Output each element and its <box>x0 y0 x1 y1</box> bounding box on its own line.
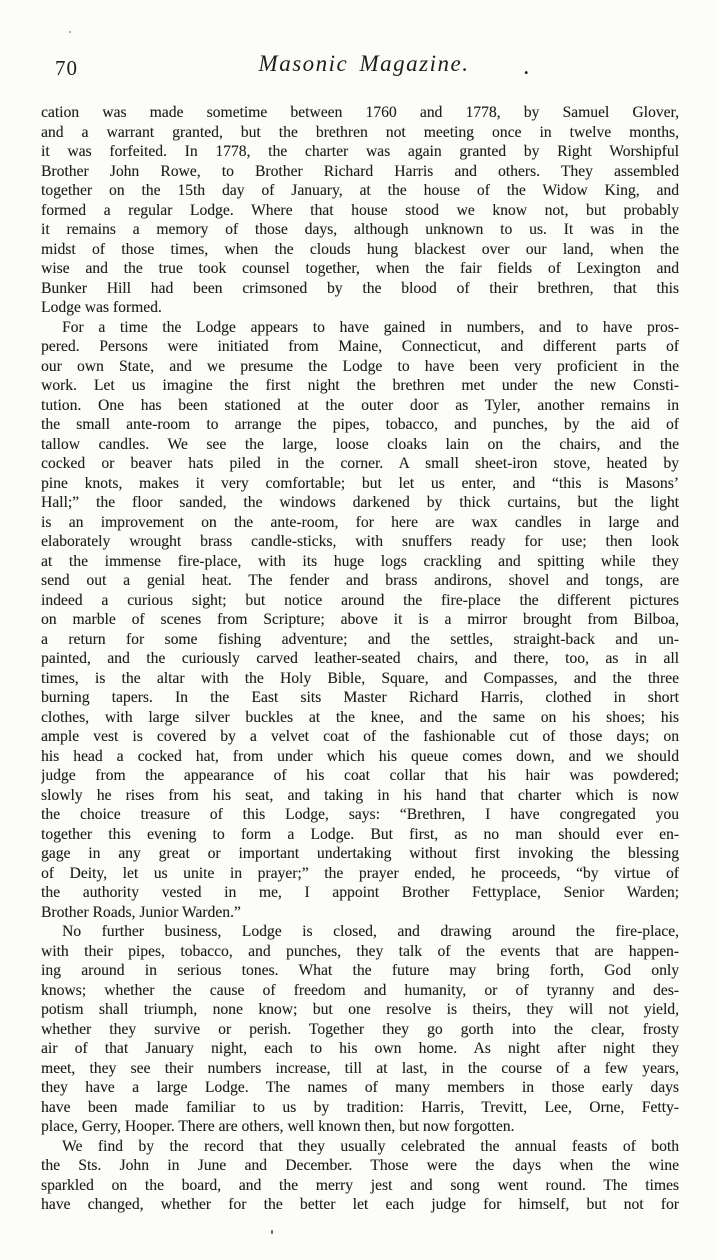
text-line: at the immense fire-place, with its huge… <box>41 552 679 572</box>
text-line: together on the 15th day of January, at … <box>41 181 679 201</box>
text-line: knows; whether the cause of freedom and … <box>41 981 679 1001</box>
text-line: sparkled on the board, and the merry jes… <box>41 1176 679 1196</box>
text-line: elaborately wrought brass candle-sticks,… <box>41 532 679 552</box>
text-line: Bunker Hill had been crimsoned by the bl… <box>41 279 679 299</box>
text-line: For a time the Lodge appears to have gai… <box>41 318 679 338</box>
text-line: is an improvement on the ante-room, for … <box>41 513 679 533</box>
text-line: air of that January night, each to his o… <box>41 1039 679 1059</box>
paragraph: No further business, Lodge is closed, an… <box>41 922 679 1137</box>
text-line: the Sts. John in June and December. Thos… <box>41 1156 679 1176</box>
text-line: tallow candles. We see the large, loose … <box>41 435 679 455</box>
text-line: judge from the appearance of his coat co… <box>41 766 679 786</box>
text-line: pered. Persons were initiated from Maine… <box>41 337 679 357</box>
article-body: cation was made sometime between 1760 an… <box>41 103 679 1215</box>
text-line: indeed a curious sight; but notice aroun… <box>41 591 679 611</box>
stray-dot-mark: . <box>524 58 529 79</box>
text-line: No further business, Lodge is closed, an… <box>41 922 679 942</box>
text-line: ing around in serious tones. What the fu… <box>41 961 679 981</box>
text-line: slowly he rises from his seat, and takin… <box>41 786 679 806</box>
text-line: We find by the record that they usually … <box>41 1137 679 1157</box>
text-line: gage in any great or important undertaki… <box>41 844 679 864</box>
text-line: have been made familiar to us by traditi… <box>41 1098 679 1118</box>
text-line: the small ante-room to arrange the pipes… <box>41 415 679 435</box>
text-line: the authority vested in me, I appoint Br… <box>41 883 679 903</box>
text-line: our own State, and we presume the Lodge … <box>41 357 679 377</box>
text-line: potism shall triumph, none know; but one… <box>41 1000 679 1020</box>
page-title: Masonic Magazine. <box>6 51 716 77</box>
text-line: pine knots, makes it very comfortable; b… <box>41 474 679 494</box>
text-line: whether they survive or perish. Together… <box>41 1020 679 1040</box>
scanned-magazine-page: 70 Masonic Magazine. . cation was made s… <box>0 0 716 1260</box>
text-line: send out a genial heat. The fender and b… <box>41 571 679 591</box>
text-line: clothes, with large silver buckles at th… <box>41 708 679 728</box>
text-line: ample vest is covered by a velvet coat o… <box>41 727 679 747</box>
text-line: Hall;” the floor sanded, the windows dar… <box>41 493 679 513</box>
text-line: a return for some fishing adventure; and… <box>41 630 679 650</box>
text-line: burning tapers. In the East sits Master … <box>41 688 679 708</box>
text-line: work. Let us imagine the first night the… <box>41 376 679 396</box>
text-line: cation was made sometime between 1760 an… <box>41 103 679 123</box>
text-line: with their pipes, tobacco, and punches, … <box>41 942 679 962</box>
text-line: on marble of scenes from Scripture; abov… <box>41 610 679 630</box>
text-line: Lodge was formed. <box>41 298 679 318</box>
scan-speck <box>69 31 71 33</box>
scan-speck <box>271 1230 273 1234</box>
text-line: Brother John Rowe, to Brother Richard Ha… <box>41 162 679 182</box>
paragraph: cation was made sometime between 1760 an… <box>41 103 679 318</box>
text-line: it remains a memory of those days, altho… <box>41 220 679 240</box>
text-line: wise and the true took counsel together,… <box>41 259 679 279</box>
text-line: meet, they see their numbers increase, t… <box>41 1059 679 1079</box>
text-line: times, is the altar with the Holy Bible,… <box>41 669 679 689</box>
text-line: cocked or beaver hats piled in the corne… <box>41 454 679 474</box>
text-line: they have a large Lodge. The names of ma… <box>41 1078 679 1098</box>
text-line: of Deity, let us unite in prayer;” the p… <box>41 864 679 884</box>
text-line: and a warrant granted, but the brethren … <box>41 123 679 143</box>
paragraph: For a time the Lodge appears to have gai… <box>41 318 679 923</box>
text-line: the choice treasure of this Lodge, says:… <box>41 805 679 825</box>
text-line: it was forfeited. In 1778, the charter w… <box>41 142 679 162</box>
text-line: tution. One has been stationed at the ou… <box>41 396 679 416</box>
paragraph: We find by the record that they usually … <box>41 1137 679 1215</box>
text-line: painted, and the curiously carved leathe… <box>41 649 679 669</box>
text-line: Brother Roads, Junior Warden.” <box>41 903 679 923</box>
text-line: have changed, whether for the better let… <box>41 1195 679 1215</box>
text-line: place, Gerry, Hooper. There are others, … <box>41 1117 679 1137</box>
text-line: formed a regular Lodge. Where that house… <box>41 201 679 221</box>
text-line: his head a cocked hat, from under which … <box>41 747 679 767</box>
text-line: midst of those times, when the clouds hu… <box>41 240 679 260</box>
text-line: together this evening to form a Lodge. B… <box>41 825 679 845</box>
